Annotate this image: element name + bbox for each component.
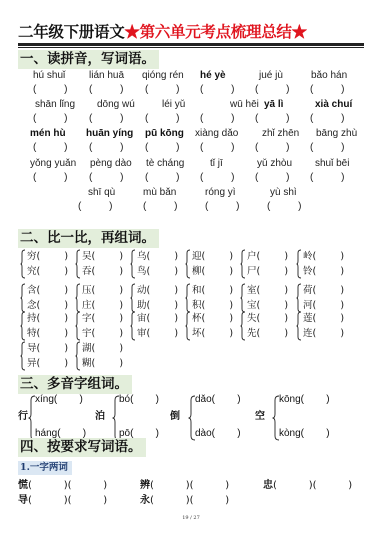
answer-blanks[interactable]: ( )( ): [28, 480, 107, 491]
compare-char: 户: [247, 251, 257, 262]
pinyin-word: léi yǔ: [162, 98, 185, 112]
compare-char: 湖: [82, 343, 92, 354]
pinyin-word: hé yè: [200, 69, 226, 83]
compare-pair: 宙( )审( ): [130, 311, 188, 343]
answer-blank[interactable]: ( ): [89, 112, 123, 126]
compare-line[interactable]: 岭( ): [303, 249, 344, 264]
compare-line[interactable]: 吞( ): [82, 264, 123, 279]
brace-icon: [240, 249, 246, 279]
compare-char: 吴: [82, 251, 92, 262]
answer-blanks[interactable]: ( )( ): [28, 495, 107, 506]
compare-char: 吞: [82, 266, 92, 277]
answer-blank[interactable]: ( ): [313, 313, 345, 324]
compare-line[interactable]: 含( ): [27, 283, 68, 298]
brace-icon: [130, 311, 136, 341]
pinyin-word: qióng rén: [142, 69, 184, 83]
compare-char: 荷: [303, 285, 313, 296]
compare-char: 和: [192, 285, 202, 296]
answer-blank[interactable]: ( ): [33, 171, 67, 185]
compare-pair: 莲( )连( ): [296, 311, 354, 343]
brace-icon: [296, 249, 302, 279]
polyphone-top[interactable]: kōng( ): [279, 393, 330, 407]
answer-blank[interactable]: ( ): [257, 285, 289, 296]
answer-blank[interactable]: ( ): [145, 112, 179, 126]
answer-blank[interactable]: ( ): [143, 200, 177, 214]
pinyin-word: xià chuí: [315, 98, 352, 112]
pinyin-word: hú shuǐ: [33, 69, 65, 83]
write-item: 慌( )( ): [18, 479, 107, 493]
answer-blank[interactable]: ( ): [202, 266, 234, 277]
answer-blank[interactable]: ( ): [200, 171, 234, 185]
brace-icon: [185, 283, 191, 313]
compare-pair: 导( )异( ): [20, 341, 78, 373]
answer-blank[interactable]: ( ): [37, 358, 69, 369]
compare-line[interactable]: 异( ): [27, 356, 68, 371]
polyphone-char: 泊: [95, 410, 105, 424]
answer-blank[interactable]: ( ): [200, 112, 234, 126]
pinyin-word: tǐ jī: [210, 157, 223, 171]
compare-line[interactable]: 迎( ): [192, 249, 233, 264]
answer-blank[interactable]: ( ): [200, 83, 234, 97]
compare-char: 宇: [82, 328, 92, 339]
compare-pair: 吴( )吞( ): [75, 249, 133, 281]
answer-blank[interactable]: ( ): [147, 328, 179, 339]
compare-line[interactable]: 穷( ): [27, 249, 68, 264]
brace-icon: [20, 249, 26, 279]
write-char: 导: [18, 495, 28, 506]
pinyin-word: yǒng yuǎn: [30, 157, 76, 171]
compare-pair: 失( )先( ): [240, 311, 298, 343]
compare-pair: 穷( )究( ): [20, 249, 78, 281]
answer-blank[interactable]: ( ): [310, 83, 344, 97]
section-heading-2: 二、比一比，再组词。: [18, 229, 159, 248]
pinyin-row: yǒng yuǎnpèng dàotè chángtǐ jīyǔ zhòushu…: [0, 157, 382, 171]
write-item: 忠( )( ): [263, 479, 352, 493]
brace-icon: [20, 311, 26, 341]
brace-icon: [296, 283, 302, 313]
pinyin-word: wū hēi: [230, 98, 259, 112]
answer-blank[interactable]: ( ): [33, 141, 67, 155]
compare-char: 念: [27, 300, 37, 311]
answer-blank[interactable]: ( ): [92, 313, 124, 324]
section-heading-4: 四、按要求写词语。: [18, 438, 146, 457]
pinyin-word: yù shì: [270, 186, 297, 200]
answer-blank[interactable]: ( ): [37, 343, 69, 354]
pinyin-word: tè cháng: [146, 157, 184, 171]
title-grade: 二年级下册语文: [18, 22, 124, 41]
polyphone-top[interactable]: xíng( ): [35, 393, 83, 407]
compare-line[interactable]: 铃( ): [303, 264, 344, 279]
title-rule-thin: [18, 47, 364, 48]
page-number: 19 / 27: [0, 515, 382, 521]
answer-blanks[interactable]: ( )( ): [273, 480, 352, 491]
answer-blank[interactable]: ( ): [37, 300, 69, 311]
answer-blank[interactable]: ( ): [147, 266, 179, 277]
compare-pair: 持( )特( ): [20, 311, 78, 343]
pinyin-row: hú shuǐlián huāqióng rénhé yèjué jùbǎo h…: [0, 69, 382, 83]
answer-blank[interactable]: ( ): [92, 251, 124, 262]
answer-blank[interactable]: ( ): [202, 300, 234, 311]
answer-row: ( )( )( )( ): [0, 200, 382, 214]
answer-blank[interactable]: ( ): [37, 251, 69, 262]
answer-blank[interactable]: ( ): [37, 328, 69, 339]
answer-row: ( )( )( )( )( )( ): [0, 171, 382, 185]
answer-blank[interactable]: ( ): [92, 358, 124, 369]
compare-line[interactable]: 失( ): [247, 311, 288, 326]
answer-blank[interactable]: ( ): [202, 285, 234, 296]
pinyin-word: mén hù: [30, 127, 66, 141]
answer-blank[interactable]: ( ): [78, 200, 112, 214]
pinyin-word: lián huā: [89, 69, 124, 83]
compare-pair: 杯( )坏( ): [185, 311, 243, 343]
answer-blank[interactable]: ( ): [205, 200, 239, 214]
write-char: 辨: [140, 480, 150, 491]
compare-line[interactable]: 字( ): [82, 311, 123, 326]
answer-blank[interactable]: ( ): [200, 141, 234, 155]
compare-char: 持: [27, 313, 37, 324]
subheading-one-char-two-words: 1.一字两词: [18, 461, 72, 475]
answer-blank[interactable]: ( ): [257, 251, 289, 262]
compare-line[interactable]: 究( ): [27, 264, 68, 279]
pinyin-word: bǎo hán: [311, 69, 347, 83]
compare-pair: 湖( )糊( ): [75, 341, 133, 373]
answer-blank[interactable]: ( ): [147, 313, 179, 324]
compare-char: 铃: [303, 266, 313, 277]
brace-icon: [75, 283, 81, 313]
compare-char: 连: [303, 328, 313, 339]
answer-blank[interactable]: ( ): [255, 112, 289, 126]
compare-line[interactable]: 动( ): [137, 283, 178, 298]
pinyin-word: yǔ zhòu: [257, 157, 292, 171]
compare-line[interactable]: 压( ): [82, 283, 123, 298]
title-unit: ★第六单元考点梳理总结★: [124, 22, 306, 41]
compare-line[interactable]: 导( ): [27, 341, 68, 356]
compare-char: 河: [303, 300, 313, 311]
page-title: 二年级下册语文★第六单元考点梳理总结★: [18, 22, 364, 42]
polyphone-top[interactable]: bó( ): [119, 393, 159, 407]
compare-char: 穷: [27, 251, 37, 262]
answer-blank[interactable]: ( ): [92, 266, 124, 277]
answer-row: ( )( )( )( )( )( ): [0, 141, 382, 155]
brace-icon: [185, 311, 191, 341]
compare-char: 宙: [137, 313, 147, 324]
write-char: 忠: [263, 480, 273, 491]
pinyin-word: shān lǐng: [35, 98, 75, 112]
polyphone-char: 倒: [170, 410, 180, 424]
pinyin-word: xiàng dǎo: [195, 127, 238, 141]
answer-blank[interactable]: ( ): [313, 251, 345, 262]
brace-icon: [75, 311, 81, 341]
answer-blank[interactable]: ( ): [267, 200, 301, 214]
polyphone-item: 倒dǎo( )dào( ): [170, 395, 255, 445]
answer-blank[interactable]: ( ): [202, 251, 234, 262]
answer-blank[interactable]: ( ): [33, 112, 67, 126]
compare-line[interactable]: 连( ): [303, 326, 344, 341]
section-heading-1: 一、读拼音，写词语。: [18, 50, 159, 69]
compare-line[interactable]: 户( ): [247, 249, 288, 264]
compare-char: 迎: [192, 251, 202, 262]
compare-pair: 迎( )柳( ): [185, 249, 243, 281]
compare-line[interactable]: 宙( ): [137, 311, 178, 326]
compare-char: 导: [27, 343, 37, 354]
answer-blank[interactable]: ( ): [257, 300, 289, 311]
compare-line[interactable]: 宇( ): [82, 326, 123, 341]
answer-blank[interactable]: ( ): [310, 141, 344, 155]
answer-blank[interactable]: ( ): [310, 171, 344, 185]
pinyin-word: zhǐ zhēn: [262, 127, 299, 141]
compare-line[interactable]: 审( ): [137, 326, 178, 341]
compare-char: 鸟: [137, 266, 147, 277]
brace-icon: [130, 249, 136, 279]
polyphone-char: 空: [255, 410, 265, 424]
compare-char: 异: [27, 358, 37, 369]
compare-line[interactable]: 荷( ): [303, 283, 344, 298]
answer-blank[interactable]: ( ): [313, 285, 345, 296]
answer-blank[interactable]: ( ): [92, 300, 124, 311]
answer-blank[interactable]: ( ): [37, 313, 69, 324]
write-char: 永: [140, 495, 150, 506]
answer-blank[interactable]: ( ): [313, 266, 345, 277]
pinyin-word: jué jù: [259, 69, 283, 83]
answer-blank[interactable]: ( ): [145, 171, 179, 185]
compare-line[interactable]: 特( ): [27, 326, 68, 341]
brace-icon: [20, 341, 26, 371]
polyphone-char: 行: [18, 410, 28, 424]
brace-icon: [20, 283, 26, 313]
brace-icon: [75, 249, 81, 279]
compare-pair: 乌( )鸟( ): [130, 249, 188, 281]
compare-char: 岭: [303, 251, 313, 262]
compare-line[interactable]: 湖( ): [82, 341, 123, 356]
compare-char: 失: [247, 313, 257, 324]
pinyin-word: mù bǎn: [143, 186, 176, 200]
answer-blank[interactable]: ( ): [147, 251, 179, 262]
compare-char: 积: [192, 300, 202, 311]
compare-pair: 字( )宇( ): [75, 311, 133, 343]
compare-char: 尸: [247, 266, 257, 277]
compare-line[interactable]: 坏( ): [192, 326, 233, 341]
compare-char: 先: [247, 328, 257, 339]
compare-line[interactable]: 柳( ): [192, 264, 233, 279]
polyphone-bottom[interactable]: kòng( ): [279, 427, 330, 441]
pinyin-row: mén hùhuān yíngpū kōngxiàng dǎozhǐ zhēnb…: [0, 127, 382, 141]
answer-blank[interactable]: ( ): [257, 313, 289, 324]
answer-blank[interactable]: ( ): [310, 112, 344, 126]
compare-line[interactable]: 持( ): [27, 311, 68, 326]
brace-icon: [296, 311, 302, 341]
answer-row: ( )( )( )( )( )( ): [0, 112, 382, 126]
pinyin-word: pū kōng: [145, 127, 184, 141]
answer-blank[interactable]: ( ): [89, 171, 123, 185]
compare-line[interactable]: 先( ): [247, 326, 288, 341]
compare-char: 压: [82, 285, 92, 296]
answer-blank[interactable]: ( ): [92, 285, 124, 296]
write-item: 导( )( ): [18, 494, 107, 508]
answer-blank[interactable]: ( ): [92, 343, 124, 354]
compare-char: 杯: [192, 313, 202, 324]
answer-blanks[interactable]: ( )( ): [150, 480, 229, 491]
answer-blank[interactable]: ( ): [255, 141, 289, 155]
section-heading-3: 三、多音字组词。: [18, 375, 132, 394]
compare-char: 庄: [82, 300, 92, 311]
answer-blank[interactable]: ( ): [37, 266, 69, 277]
answer-row: ( )( )( )( )( )( ): [0, 83, 382, 97]
answer-blank[interactable]: ( ): [145, 83, 179, 97]
polyphone-item: 空kōng( )kòng( ): [255, 395, 340, 445]
brace-icon: [130, 283, 136, 313]
answer-blank[interactable]: ( ): [313, 300, 345, 311]
answer-blank[interactable]: ( ): [37, 285, 69, 296]
brace-icon: [75, 341, 81, 371]
answer-blank[interactable]: ( ): [147, 285, 179, 296]
write-item: 永( )( ): [140, 494, 229, 508]
answer-blank[interactable]: ( ): [257, 266, 289, 277]
compare-line[interactable]: 鸟( ): [137, 264, 178, 279]
compare-pair: 岭( )铃( ): [296, 249, 354, 281]
compare-pair: 户( )尸( ): [240, 249, 298, 281]
pinyin-word: bāng zhù: [316, 127, 357, 141]
compare-line[interactable]: 乌( ): [137, 249, 178, 264]
answer-blank[interactable]: ( ): [255, 83, 289, 97]
write-char: 慌: [18, 480, 28, 491]
compare-line[interactable]: 杯( ): [192, 311, 233, 326]
answer-blank[interactable]: ( ): [92, 328, 124, 339]
compare-line[interactable]: 和( ): [192, 283, 233, 298]
compare-char: 坏: [192, 328, 202, 339]
answer-blank[interactable]: ( ): [257, 328, 289, 339]
compare-line[interactable]: 尸( ): [247, 264, 288, 279]
pinyin-word: dōng wú: [97, 98, 135, 112]
answer-blank[interactable]: ( ): [33, 83, 67, 97]
pinyin-word: huān yíng: [86, 127, 133, 141]
brace-icon: [185, 249, 191, 279]
compare-char: 室: [247, 285, 257, 296]
compare-char: 字: [82, 313, 92, 324]
answer-blank[interactable]: ( ): [202, 313, 234, 324]
answer-blank[interactable]: ( ): [255, 171, 289, 185]
answer-blank[interactable]: ( ): [147, 300, 179, 311]
pinyin-word: shī qù: [88, 186, 115, 200]
answer-blank[interactable]: ( ): [89, 83, 123, 97]
pinyin-row: shī qùmù bǎnróng yìyù shì: [0, 186, 382, 200]
write-item: 辨( )( ): [140, 479, 229, 493]
answer-blank[interactable]: ( ): [313, 328, 345, 339]
answer-blank[interactable]: ( ): [145, 141, 179, 155]
compare-char: 助: [137, 300, 147, 311]
pinyin-word: róng yì: [205, 186, 236, 200]
compare-line[interactable]: 莲( ): [303, 311, 344, 326]
answer-blank[interactable]: ( ): [202, 328, 234, 339]
brace-icon: [240, 283, 246, 313]
compare-line[interactable]: 糊( ): [82, 356, 123, 371]
title-rule: [18, 43, 364, 46]
compare-char: 含: [27, 285, 37, 296]
polyphone-top[interactable]: dǎo( ): [195, 393, 241, 407]
compare-char: 宝: [247, 300, 257, 311]
compare-line[interactable]: 吴( ): [82, 249, 123, 264]
compare-char: 糊: [82, 358, 92, 369]
compare-char: 审: [137, 328, 147, 339]
pinyin-word: pèng dào: [90, 157, 132, 171]
answer-blank[interactable]: ( ): [89, 141, 123, 155]
compare-char: 动: [137, 285, 147, 296]
pinyin-word: shuǐ bēi: [315, 157, 349, 171]
compare-line[interactable]: 室( ): [247, 283, 288, 298]
compare-char: 柳: [192, 266, 202, 277]
pinyin-row: shān lǐngdōng wúléi yǔwū hēiyā lìxià chu…: [0, 98, 382, 112]
brace-icon: [240, 311, 246, 341]
polyphone-bottom[interactable]: dào( ): [195, 427, 241, 441]
answer-blanks[interactable]: ( )( ): [150, 495, 229, 506]
compare-char: 究: [27, 266, 37, 277]
pinyin-word: yā lì: [264, 98, 283, 112]
compare-char: 莲: [303, 313, 313, 324]
compare-char: 特: [27, 328, 37, 339]
compare-char: 乌: [137, 251, 147, 262]
